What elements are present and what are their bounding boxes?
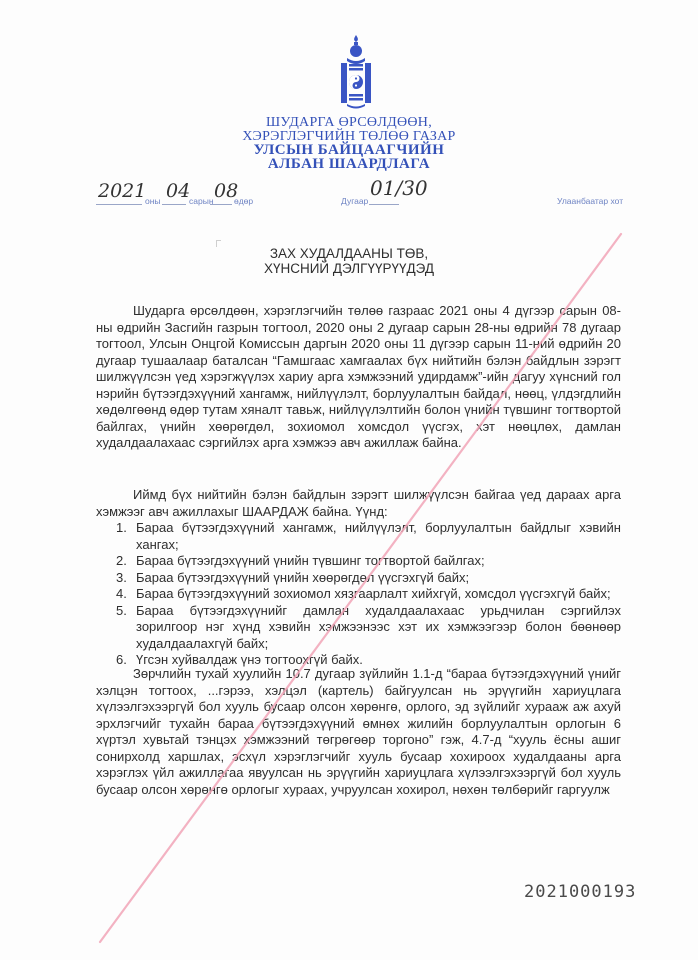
- list-item: 5.Бараа бүтээгдэхүүнийг дамлан худалдаал…: [96, 603, 621, 653]
- list-item: 3.Бараа бүтээгдэхүүний үнийн хөөрөгдөл ү…: [96, 570, 621, 587]
- body-paragraph-1: Шударга өрсөлдөөн, хэрэглэгчийн төлөө га…: [96, 303, 621, 452]
- city-label: Улаанбаатар хот: [557, 196, 623, 206]
- handwritten-month: 04: [166, 180, 190, 202]
- document-page: ШУДАРГА ӨРСӨЛДӨӨН, ХЭРЭГЛЭГЧИЙН ТӨЛӨӨ ГА…: [0, 0, 698, 960]
- day-label: өдөр: [234, 196, 253, 206]
- list-item: 1.Бараа бүтээгдэхүүний хангамж, нийлүүлэ…: [96, 520, 621, 553]
- registration-number-stamp: 2021000193: [524, 882, 636, 902]
- body-paragraph-3: Зөрчлийн тухай хуулийн 10.7 дугаар зүйли…: [96, 666, 621, 798]
- requirements-list: 1.Бараа бүтээгдэхүүний хангамж, нийлүүлэ…: [96, 520, 621, 669]
- number-label: Дугаар: [341, 196, 368, 206]
- handwritten-year: 2021: [98, 180, 146, 202]
- document-type-line2: АЛБАН ШААРДЛАГА: [0, 156, 698, 173]
- list-item: 2.Бараа бүтээгдэхүүний үнийн түвшинг тог…: [96, 553, 621, 570]
- handwritten-document-number: 01/30: [370, 176, 428, 200]
- addressee-line2: ХҮНСНИЙ ДЭЛГҮҮРҮҮДЭД: [0, 261, 698, 276]
- year-label: оны: [145, 196, 161, 206]
- addressee-line1: ЗАХ ХУДАЛДААНЫ ТӨВ,: [0, 246, 698, 261]
- list-item: 4.Бараа бүтээгдэхүүний зохиомол хязгаарл…: [96, 586, 621, 603]
- date-number-row: 2021 оны 04 сарын 08 өдөр Дугаар 01/30 У…: [0, 180, 698, 210]
- soyombo-emblem-icon: [337, 34, 375, 110]
- body-paragraph-2-section: Иймд бүх нийтийн бэлэн байдлын зэрэгт ши…: [96, 487, 621, 669]
- body-paragraph-2: Иймд бүх нийтийн бэлэн байдлын зэрэгт ши…: [96, 487, 621, 520]
